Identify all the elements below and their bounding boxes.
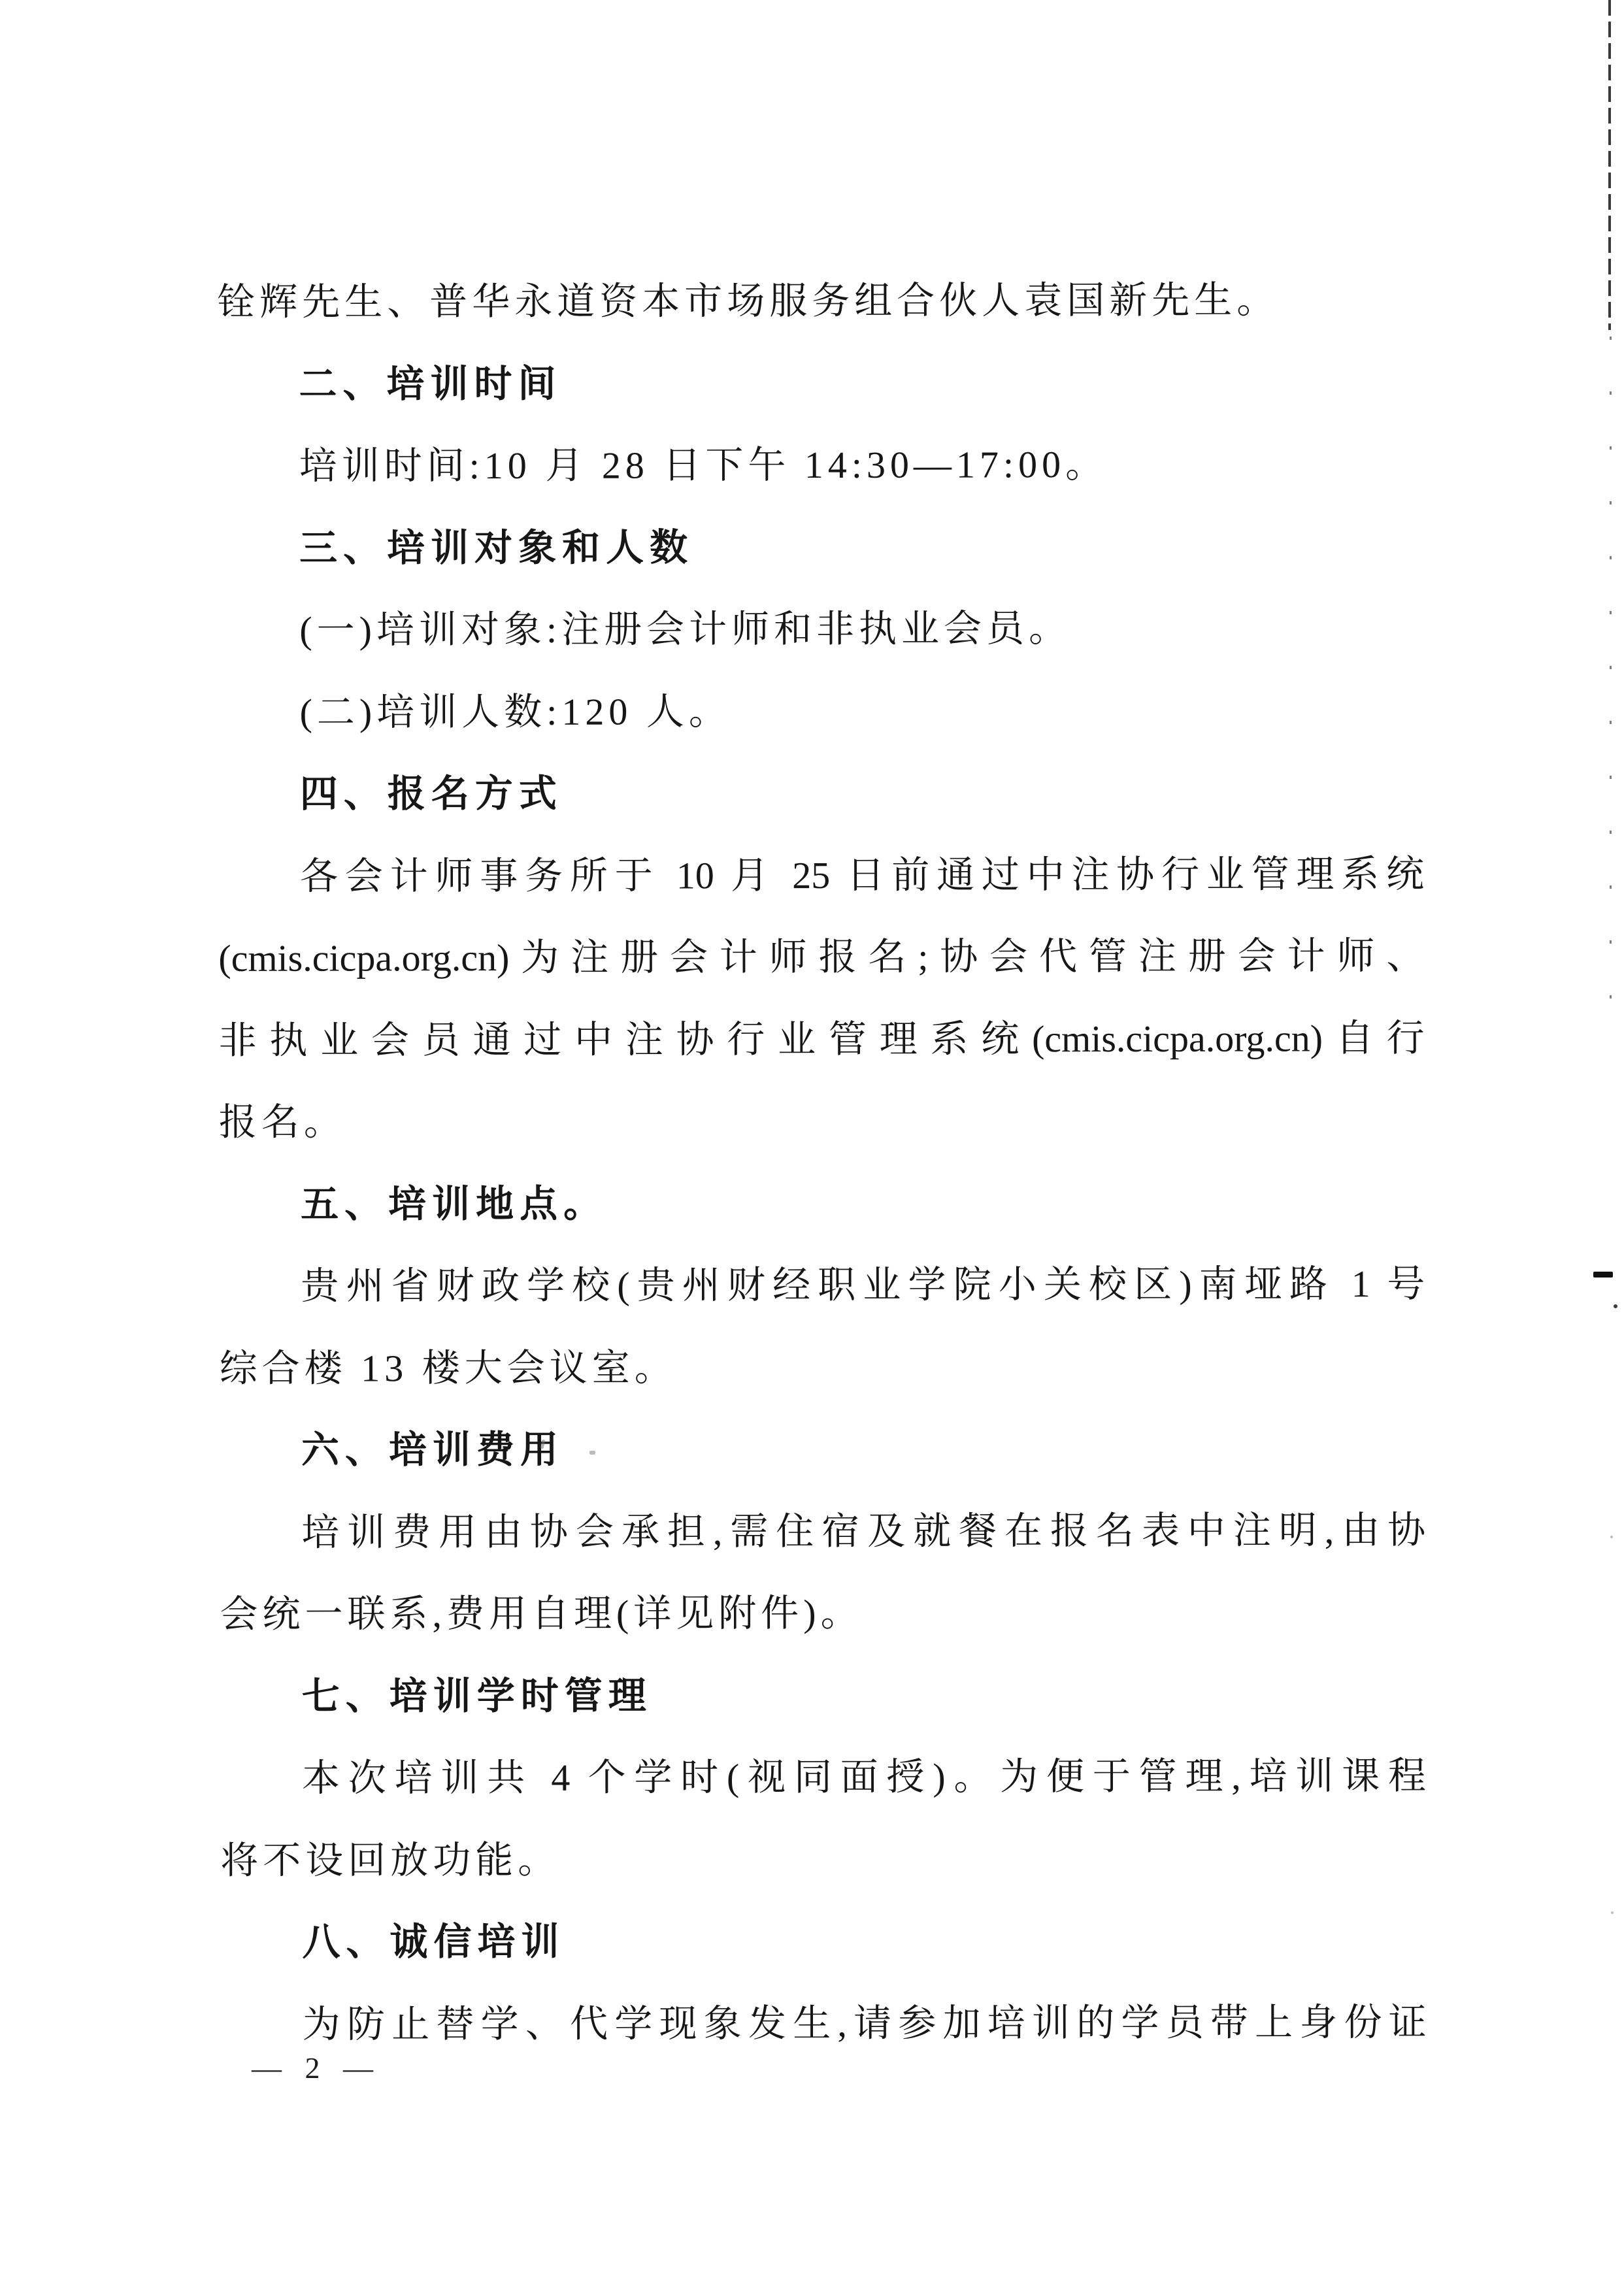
text-line: 贵州省财政学校(贵州财经职业学院小关校区)南垭路 1 号 bbox=[219, 1243, 1425, 1327]
page-number: — 2 — bbox=[252, 2051, 381, 2085]
scan-speck-icon bbox=[1611, 1911, 1614, 1914]
text-line: 各会计师事务所于 10 月 25 日前通过中注协行业管理系统 bbox=[218, 833, 1424, 917]
section-heading-5: 五、培训地点。 bbox=[219, 1161, 1425, 1245]
section-heading-8: 八、诚信培训 bbox=[220, 1899, 1426, 1983]
text-line: (二)培训人数:120 人。 bbox=[218, 669, 1423, 753]
text-line: 会统一联系,费用自理(详见附件)。 bbox=[220, 1571, 1425, 1655]
document-body: 铨辉先生、普华永道资本市场服务组合伙人袁国新先生。 二、培训时间 培训时间:10… bbox=[217, 259, 1427, 2066]
scan-speck-icon bbox=[1610, 1536, 1613, 1538]
section-heading-7: 七、培训学时管理 bbox=[220, 1653, 1426, 1738]
text-line: 铨辉先生、普华永道资本市场服务组合伙人袁国新先生。 bbox=[217, 259, 1423, 343]
text-line: 综合楼 13 楼大会议室。 bbox=[220, 1325, 1425, 1410]
section-heading-4: 四、报名方式 bbox=[218, 751, 1424, 835]
text-line: 培训时间:10 月 28 日下午 14:30—17:00。 bbox=[218, 423, 1423, 507]
scan-edge-dotted-line-icon bbox=[1610, 337, 1612, 1029]
text-line: 本次培训共 4 个学时(视同面授)。为便于管理,培训课程 bbox=[220, 1735, 1426, 1819]
section-heading-6: 六、培训费用 bbox=[220, 1407, 1425, 1491]
document-page: 铨辉先生、普华永道资本市场服务组合伙人袁国新先生。 二、培训时间 培训时间:10… bbox=[0, 0, 1624, 2293]
scan-edge-dot-mark-icon bbox=[1614, 1304, 1617, 1308]
text-line: 为防止替学、代学现象发生,请参加培训的学员带上身份证 bbox=[221, 1981, 1427, 2066]
text-line: 非执业会员通过中注协行业管理系统(cmis.cicpa.org.cn)自行 bbox=[218, 997, 1424, 1081]
text-line: (一)培训对象:注册会计师和非执业会员。 bbox=[218, 587, 1423, 671]
section-heading-2: 二、培训时间 bbox=[217, 341, 1423, 425]
scan-edge-line-icon bbox=[1608, 0, 1611, 330]
text-line: (cmis.cicpa.org.cn)为注册会计师报名;协会代管注册会计师、 bbox=[218, 915, 1424, 999]
scan-speck-icon bbox=[589, 1451, 595, 1455]
section-heading-3: 三、培训对象和人数 bbox=[218, 505, 1423, 589]
scan-edge-dash-mark-icon bbox=[1593, 1272, 1613, 1278]
text-line: 培训费用由协会承担,需住宿及就餐在报名表中注明,由协 bbox=[220, 1489, 1425, 1574]
text-line: 报名。 bbox=[219, 1079, 1425, 1163]
text-line: 将不设回放功能。 bbox=[220, 1817, 1426, 1902]
